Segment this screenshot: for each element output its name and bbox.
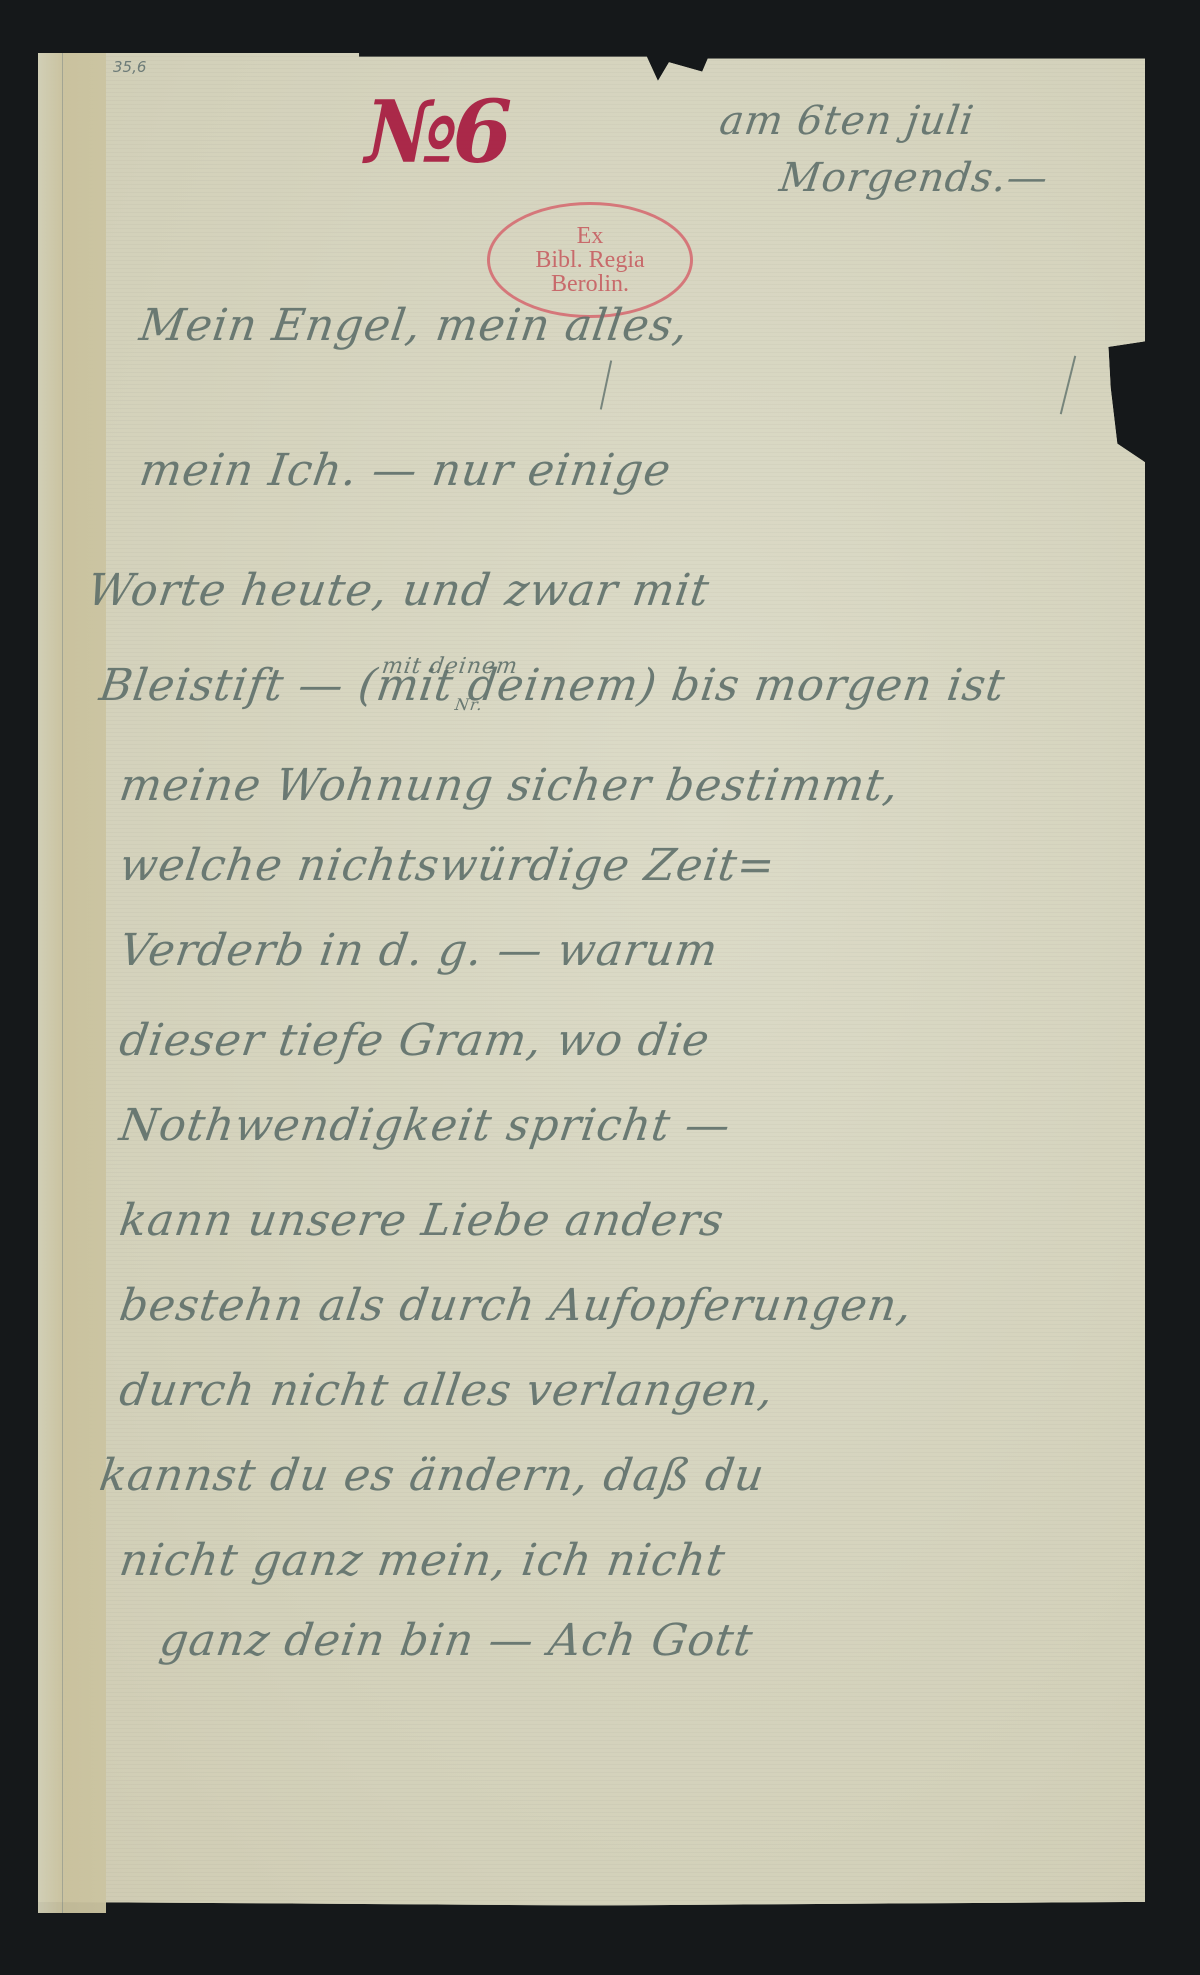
body-line-14: nicht ganz mein, ich nicht bbox=[116, 1535, 728, 1586]
body-line-2: mein Ich. — nur einige bbox=[136, 445, 674, 496]
body-line-8: dieser tiefe Gram, wo die bbox=[116, 1015, 713, 1066]
stamp-line-3: Berolin. bbox=[551, 272, 629, 296]
folio-number: 35,6 bbox=[113, 58, 146, 76]
body-line-4: Bleistift — (mit deinem) bis morgen ist bbox=[96, 660, 1008, 711]
interlinear-subscript: Nr. bbox=[454, 695, 485, 714]
body-line-9: Nothwendigkeit spricht — bbox=[116, 1100, 734, 1151]
body-line-12: durch nicht alles verlangen, bbox=[116, 1365, 777, 1416]
body-line-5: meine Wohnung sicher bestimmt, bbox=[116, 760, 902, 811]
body-line-15: ganz dein bin — Ach Gott bbox=[156, 1615, 756, 1666]
item-number-red: №6 bbox=[365, 82, 506, 183]
body-line-10: kann unsere Liebe anders bbox=[116, 1195, 727, 1246]
guard-fold-line bbox=[62, 53, 63, 1913]
body-line-11: bestehn als durch Aufopferungen, bbox=[116, 1280, 915, 1331]
body-line-6: welche nichtswürdige Zeit= bbox=[116, 840, 778, 891]
date-line-1: am 6ten juli bbox=[717, 98, 977, 144]
stamp-line-2: Bibl. Regia bbox=[535, 248, 644, 272]
body-line-3: Worte heute, und zwar mit bbox=[84, 565, 712, 616]
date-line-2: Morgends.— bbox=[777, 155, 1052, 201]
stamp-line-1: Ex bbox=[577, 224, 604, 248]
body-line-13: kannst du es ändern, daß du bbox=[96, 1450, 767, 1501]
binding-guard-strip bbox=[38, 53, 106, 1913]
body-line-7: Verderb in d. g. — warum bbox=[116, 925, 721, 976]
body-line-1: Mein Engel, mein alles, bbox=[136, 300, 692, 351]
interlinear-insertion: mit deinem bbox=[380, 654, 519, 679]
